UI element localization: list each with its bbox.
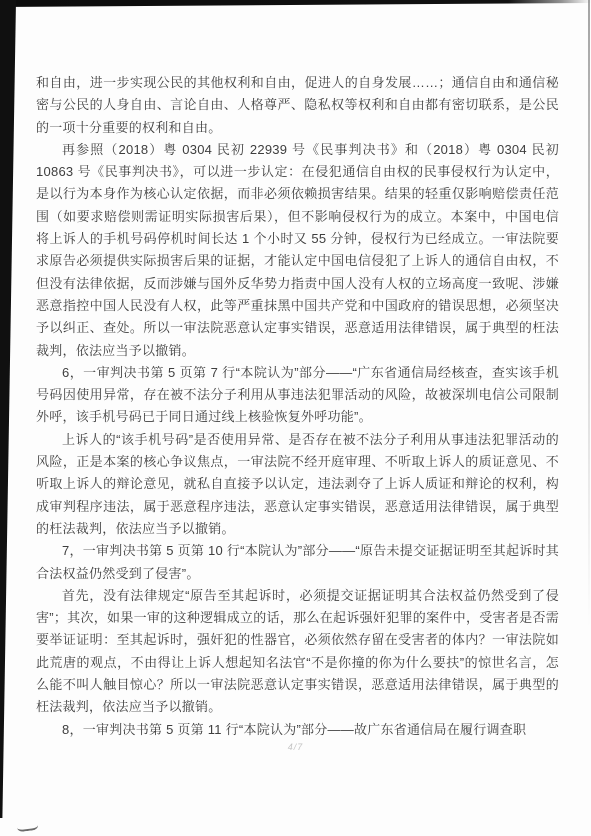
- paragraph-point-7: 7，一审判决书第 5 页第 10 行“本院认为”部分——“原告未提交证据证明至其…: [36, 540, 559, 585]
- paragraph-point-7-argument: 首先，没有法律规定“原告至其起诉时，必须提交证据证明其合法权益仍然受到了侵害”；…: [36, 585, 559, 719]
- scan-right-edge-artifact: [588, 0, 590, 836]
- scanned-page: 和自由，进一步实现公民的其他权利和自由，促进人的自身发展……；通信自由和通信秘密…: [0, 0, 591, 836]
- paragraph-point-8: 8，一审判决书第 5 页第 11 行“本院认为”部分——故广东省通信局在履行调查…: [36, 719, 559, 741]
- paragraph-continuation: 和自由，进一步实现公民的其他权利和自由，促进人的自身发展……；通信自由和通信秘密…: [36, 72, 559, 139]
- pen-mark-artifact: [17, 821, 39, 832]
- scan-top-edge-artifact: [0, 0, 591, 7]
- paragraph-point-6-argument: 上诉人的“该手机号码”是否使用异常、是否存在被不法分子利用从事违法犯罪活动的风险…: [36, 429, 559, 540]
- page-number: 4/7: [0, 742, 591, 752]
- paragraph-point-6: 6，一审判决书第 5 页第 7 行“本院认为”部分——“广东省通信局经核查，查实…: [36, 362, 559, 429]
- document-text: 和自由，进一步实现公民的其他权利和自由，促进人的自身发展……；通信自由和通信秘密…: [36, 72, 559, 741]
- scan-left-edge-artifact: [0, 0, 16, 818]
- paragraph-reference-judgments: 再参照（2018）粤 0304 民初 22939 号《民事判决书》和（2018）…: [36, 139, 559, 362]
